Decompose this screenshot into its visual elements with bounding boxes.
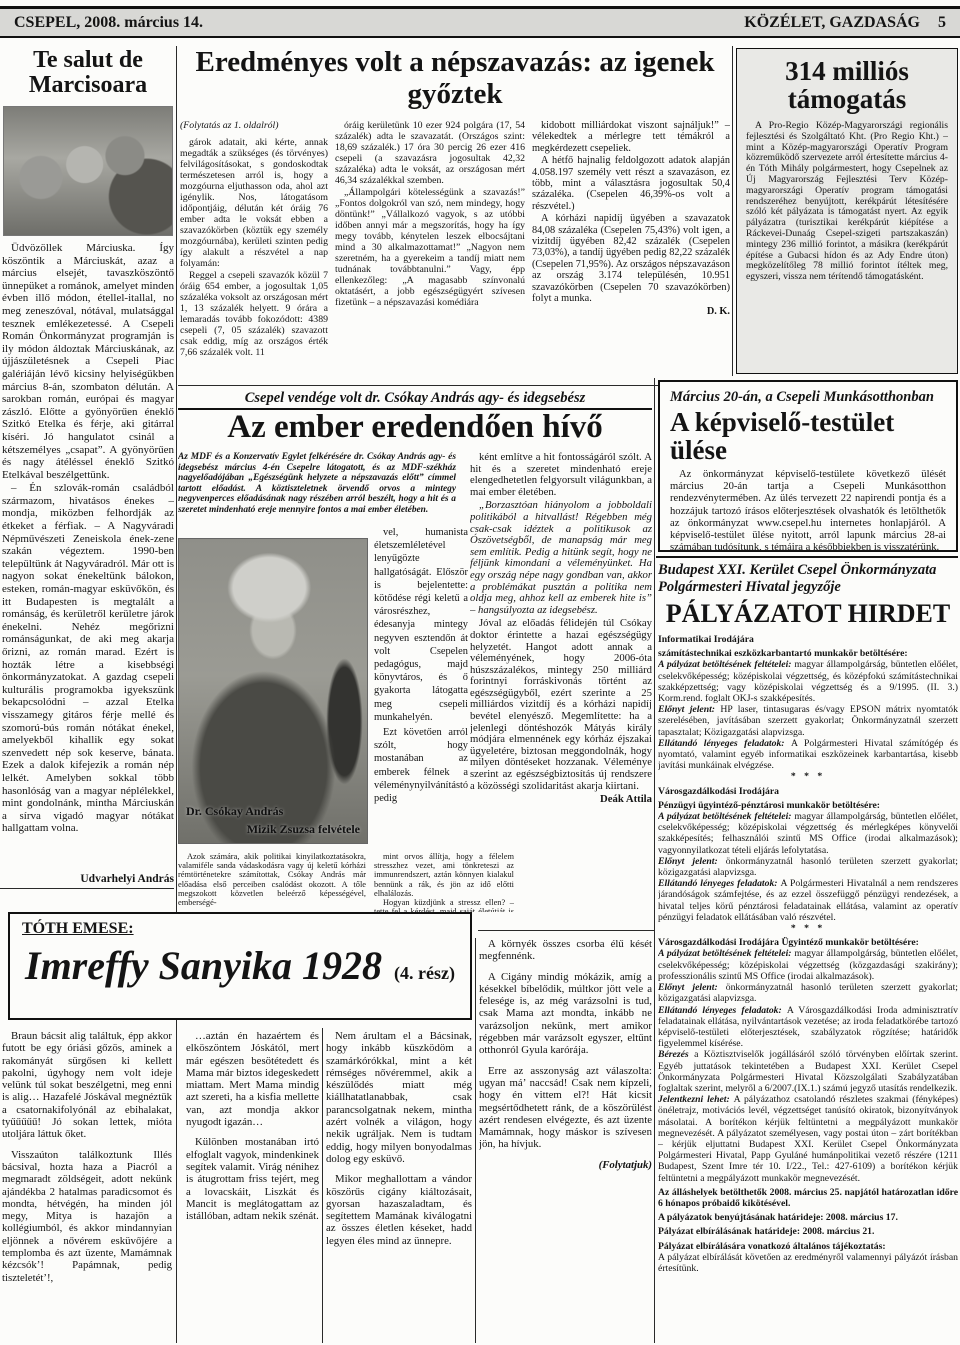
masthead-page-number: 5 bbox=[938, 14, 946, 32]
article-headline: Az ember eredendően hívő bbox=[178, 409, 652, 446]
article-right-column: ként említve a hit fontosságáról szólt. … bbox=[470, 452, 652, 918]
article-body: Üdvözöllek Márciuska. Így köszöntik a Má… bbox=[2, 242, 174, 870]
advert-body: Informatikai Irodájáraszámítástechnikai … bbox=[658, 634, 958, 1274]
section-rule bbox=[656, 556, 958, 558]
advert-title: PÁLYÁZATOT HIRDET bbox=[658, 600, 958, 628]
article-underphoto-column-2: mint orvos állítja, hogy a félelem stres… bbox=[374, 852, 514, 912]
box-body: Az önkormányzat képviselő-testülete köve… bbox=[670, 469, 946, 569]
section-rule bbox=[0, 888, 174, 889]
column-rule bbox=[475, 938, 476, 1343]
newspaper-page: CSEPEL, 2008. március 14. KÖZÉLET, GAZDA… bbox=[0, 0, 960, 1345]
box-kicker: Március 20-án, a Csepeli Munkásotthonban bbox=[670, 389, 946, 406]
serial-column-2: …aztán én hazaértem és elköszöntem Jóská… bbox=[186, 1030, 319, 1342]
article-referendum: Eredményes volt a népszavazás: az igenek… bbox=[180, 46, 730, 412]
article-middle-column: vel, humanista életszemléletével lenyűgö… bbox=[374, 526, 468, 844]
article-csokay: Csepel vendége volt dr. Csókay András ag… bbox=[178, 390, 652, 914]
column-rule bbox=[654, 378, 655, 1343]
article-column-2: óráig kerületünk 10 ezer 924 polgára (17… bbox=[335, 120, 525, 412]
serial-title: Imreffy Sanyika 1928 bbox=[25, 943, 382, 988]
masthead: CSEPEL, 2008. március 14. KÖZÉLET, GAZDA… bbox=[0, 6, 960, 38]
article-marcisoara: Te salut de Marcisoara Üdvözöllek Márciu… bbox=[2, 48, 174, 885]
news-box-support: 314 milliós támogatás A Pro-Regio Közép-… bbox=[736, 48, 958, 374]
box-title: 314 milliós támogatás bbox=[746, 57, 948, 113]
portrait-photo: Dr. Csókay András Mizik Zsuzsa felvétele bbox=[178, 538, 368, 844]
serial-part: (4. rész) bbox=[394, 963, 455, 983]
box-body: A Pro-Regio Közép-Magyarországi regionál… bbox=[746, 121, 948, 361]
masthead-section: KÖZÉLET, GAZDASÁG bbox=[744, 14, 920, 32]
article-headline: Eredményes volt a népszavazás: az igenek… bbox=[180, 46, 730, 110]
column-rule bbox=[176, 46, 177, 1343]
article-kicker: Csepel vendége volt dr. Csókay András ag… bbox=[178, 390, 652, 410]
article-column-1: (Folytatás az 1. oldalról)gárok adatait,… bbox=[180, 120, 328, 412]
advertiser-name: Budapest XXI. Kerület Csepel Önkormányza… bbox=[658, 562, 958, 579]
news-box-council: Március 20-án, a Csepeli Munkásotthonban… bbox=[658, 380, 958, 552]
serial-title-box: TÓTH EMESE: Imreffy Sanyika 1928 (4. rés… bbox=[8, 912, 472, 1020]
advertiser-title: Polgármesteri Hivatal jegyzője bbox=[658, 579, 958, 596]
serial-column-3: Nem árultam el a Bácsinak, hogy inkább k… bbox=[326, 1030, 472, 1342]
article-byline: Udvarhelyi András bbox=[2, 873, 174, 885]
serial-author: TÓTH EMESE: bbox=[22, 920, 458, 938]
column-rule bbox=[732, 46, 733, 376]
masthead-date: CSEPEL, 2008. március 14. bbox=[14, 14, 203, 32]
serial-column-4: A környék összes csorba élű kését megfen… bbox=[479, 938, 652, 1342]
article-lead: Az MDF és a Konzervatív Egylet felkérésé… bbox=[178, 452, 456, 534]
job-advertisement: Budapest XXI. Kerület Csepel Önkormányza… bbox=[658, 562, 958, 1343]
photo-credit: Mizik Zsuzsa felvétele bbox=[186, 822, 360, 837]
box-headline: A képviselő-testület ülése bbox=[670, 408, 946, 464]
article-title: Te salut de Marcisoara bbox=[2, 48, 174, 98]
serial-column-1: Braun bácsit alig találtuk, épp akkor fu… bbox=[2, 1030, 172, 1342]
celebration-photo bbox=[3, 106, 173, 236]
article-column-3: kidobott milliárdokat viszont sajnáljuk!… bbox=[532, 120, 730, 412]
column-rule bbox=[322, 1028, 323, 1343]
photo-caption: Dr. Csókay András bbox=[186, 804, 360, 819]
section-rule bbox=[478, 930, 654, 931]
article-underphoto-column-1: Azok számára, akik politikai kinyilatkoz… bbox=[178, 852, 366, 912]
